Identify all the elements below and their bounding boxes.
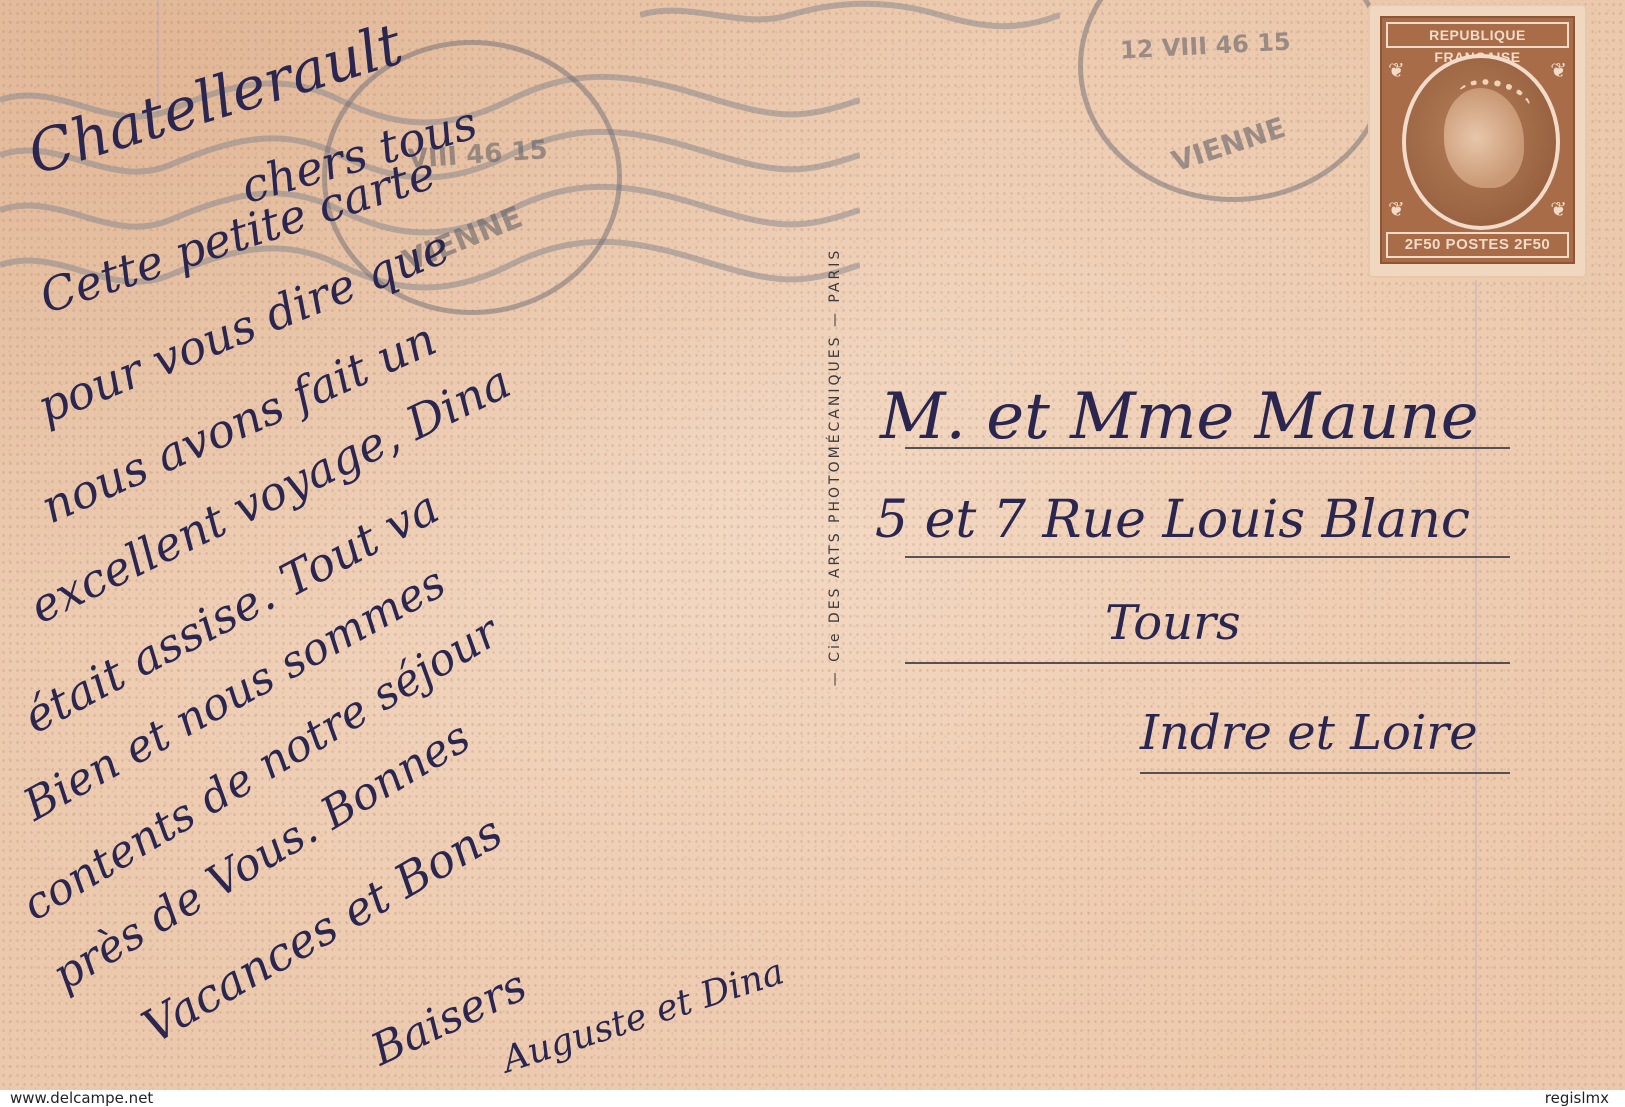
signature: Auguste et Dina bbox=[497, 951, 789, 1081]
publisher-text: — Cie DES ARTS PHOTOMÉCANIQUES — PARIS bbox=[827, 248, 843, 687]
postage-stamp: REPUBLIQUE FRANÇAISE ❦ ❦ ❦ ❦ 2F50 POSTES… bbox=[1370, 6, 1585, 276]
postcard-back: VIII 46 15 VIENNE 12 VIII 46 15 VIENNE R… bbox=[0, 0, 1625, 1090]
address-city: Tours bbox=[1105, 595, 1241, 651]
address-underline bbox=[905, 447, 1510, 449]
fleuron-icon: ❦ bbox=[1550, 58, 1567, 83]
address-underline bbox=[905, 662, 1510, 664]
cancellation-wave-lines-top bbox=[640, 0, 1060, 40]
fleuron-icon: ❦ bbox=[1550, 197, 1567, 222]
address-underline bbox=[1140, 772, 1510, 774]
footer-bar: www.delcampe.net regislmx bbox=[0, 1090, 1625, 1107]
address-department: Indre et Loire bbox=[1140, 705, 1478, 761]
watermark-site: www.delcampe.net bbox=[10, 1089, 153, 1107]
fleuron-icon: ❦ bbox=[1388, 58, 1405, 83]
stamp-value-text: 2F50 POSTES 2F50 bbox=[1386, 232, 1569, 258]
stamp-country-text: REPUBLIQUE FRANÇAISE bbox=[1386, 22, 1569, 48]
address-recipient: M. et Mme Maune bbox=[880, 380, 1479, 454]
fleuron-icon: ❦ bbox=[1388, 197, 1405, 222]
address-underline bbox=[905, 556, 1510, 558]
stamp-frame: REPUBLIQUE FRANÇAISE ❦ ❦ ❦ ❦ 2F50 POSTES… bbox=[1380, 16, 1575, 264]
address-street: 5 et 7 Rue Louis Blanc bbox=[875, 490, 1470, 550]
stamp-ceres-portrait bbox=[1402, 54, 1560, 230]
publisher-imprint: — Cie DES ARTS PHOTOMÉCANIQUES — PARIS bbox=[815, 72, 855, 862]
watermark-seller: regislmx bbox=[1545, 1089, 1609, 1107]
